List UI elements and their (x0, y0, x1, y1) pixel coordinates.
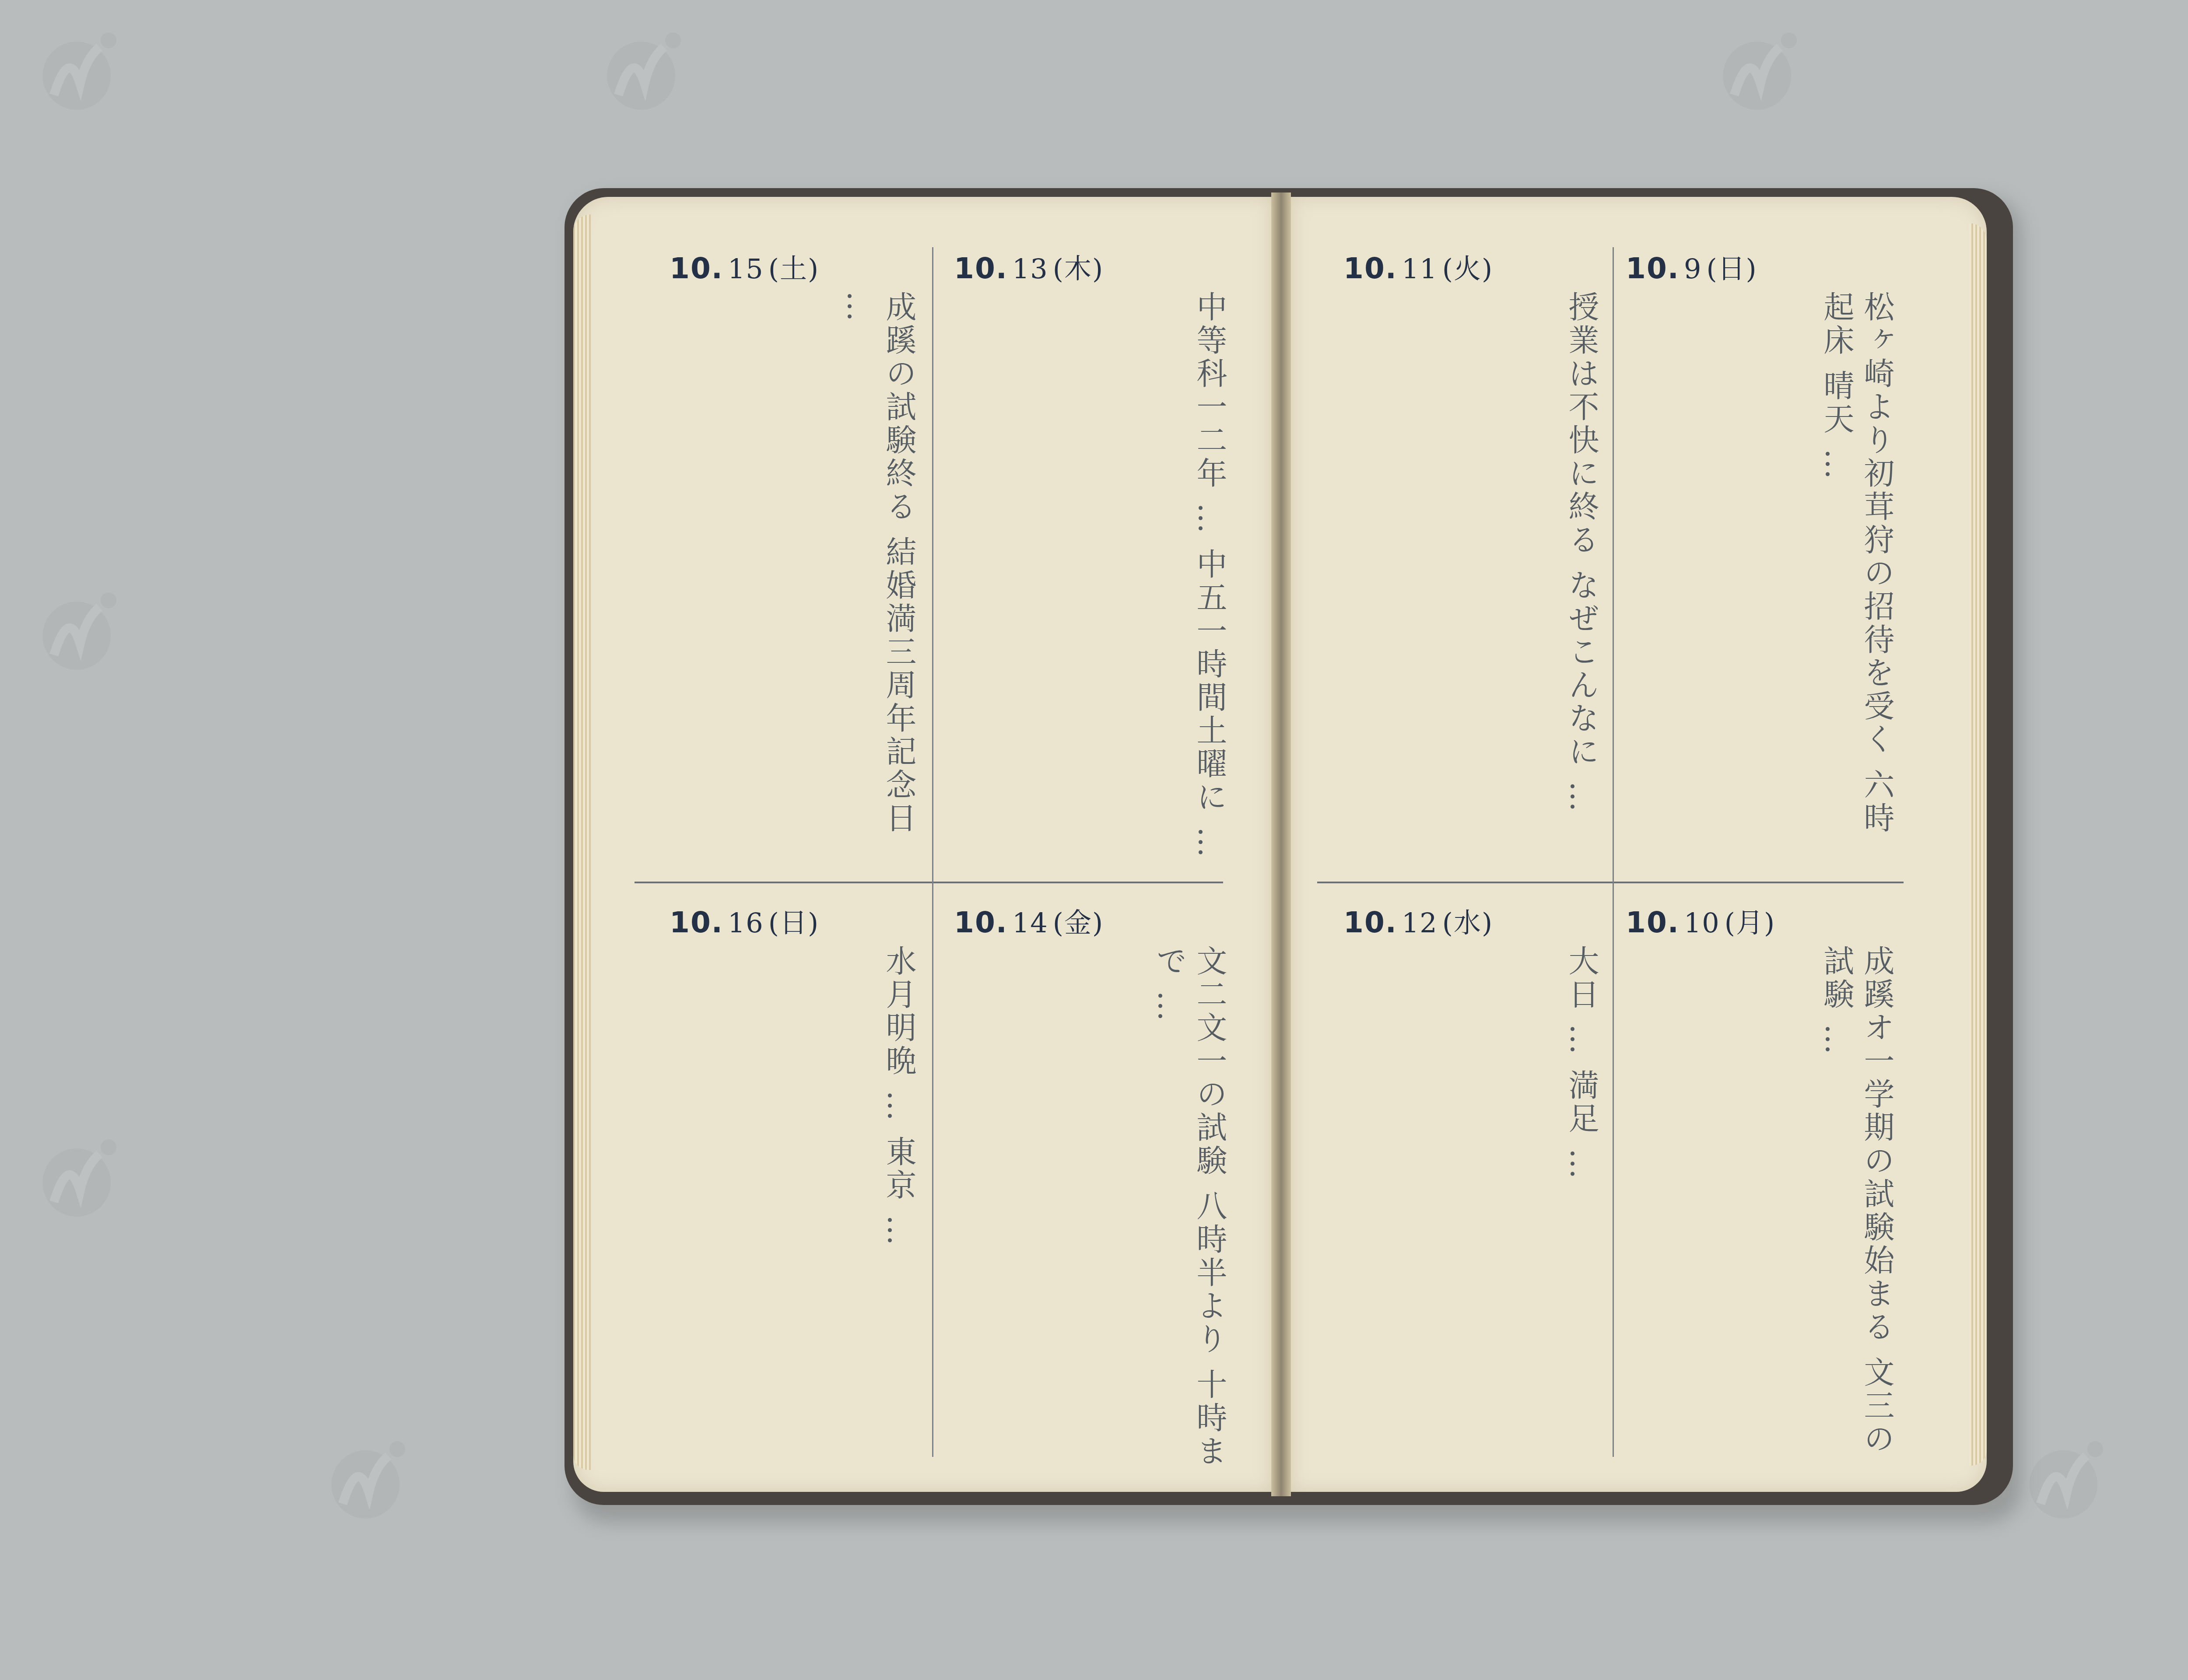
date-month: 10. (1626, 252, 1680, 285)
handwritten-entry: 成蹊の試験終る 結婚満三周年記念日 … (635, 291, 919, 864)
date-day: 11 (1402, 253, 1438, 285)
diary-entry-10-09: 10. 9 (日) 松ヶ崎より初茸狩の招待を受く 六時起床 晴天 … (1626, 247, 1897, 873)
date-day: 10 (1684, 907, 1720, 939)
date-weekday: (土) (768, 247, 819, 286)
date-month: 10. (1343, 252, 1397, 285)
date-header: 10. 14 (金) (954, 901, 1104, 940)
date-weekday: (火) (1442, 247, 1493, 286)
handwritten-entry: 成蹊オ一学期の試験始まる 文三の試験 … (1626, 945, 1897, 1474)
row-divider (635, 882, 1223, 883)
watermark-logo (306, 1422, 420, 1536)
date-month: 10. (1343, 906, 1397, 939)
date-weekday: (木) (1053, 247, 1104, 286)
date-day: 14 (1012, 907, 1048, 939)
page-edges (573, 214, 591, 1470)
date-day: 15 (728, 253, 764, 285)
date-weekday: (月) (1725, 901, 1775, 940)
date-header: 10. 9 (日) (1626, 247, 1757, 286)
date-weekday: (日) (1706, 247, 1757, 286)
diary-entry-10-10: 10. 10 (月) 成蹊オ一学期の試験始まる 文三の試験 … (1626, 901, 1897, 1483)
row-divider (1317, 882, 1904, 883)
handwritten-entry: 文二文一の試験 八時半より 十時まで … (945, 945, 1230, 1474)
date-header: 10. 12 (水) (1343, 901, 1493, 940)
date-month: 10. (670, 252, 723, 285)
date-day: 13 (1012, 253, 1048, 285)
date-header: 10. 16 (日) (670, 901, 819, 940)
date-day: 16 (728, 907, 764, 939)
handwritten-entry: 中等科一二年 … 中五一時間土曜に … (945, 291, 1230, 864)
date-day: 9 (1684, 253, 1702, 285)
diary-entry-10-13: 10. 13 (木) 中等科一二年 … 中五一時間土曜に … (945, 247, 1230, 873)
date-weekday: (金) (1053, 901, 1104, 940)
handwritten-entry: 水月明晩 … 東京 … (635, 945, 919, 1474)
date-header: 10. 11 (火) (1343, 247, 1493, 286)
left-page: 10. 15 (土) 成蹊の試験終る 結婚満三周年記念日 … 10. 13 (木… (573, 197, 1271, 1492)
column-divider (932, 247, 933, 1457)
handwritten-entry: 大日 … 満足 … (1387, 945, 1602, 1474)
diary-entry-10-12: 10. 12 (水) 大日 … 満足 … (1317, 901, 1602, 1483)
watermark-logo (18, 13, 131, 127)
date-weekday: (水) (1442, 901, 1493, 940)
date-month: 10. (954, 906, 1008, 939)
right-page: 10. 11 (火) 授業は不快に終る なぜこんなに … 10. 9 (日) 松… (1291, 197, 1987, 1492)
date-month: 10. (1626, 906, 1680, 939)
diary-entry-10-15: 10. 15 (土) 成蹊の試験終る 結婚満三周年記念日 … (635, 247, 919, 873)
date-header: 10. 10 (月) (1626, 901, 1775, 940)
diary-entry-10-14: 10. 14 (金) 文二文一の試験 八時半より 十時まで … (945, 901, 1230, 1483)
watermark-logo (18, 1120, 131, 1234)
date-month: 10. (954, 252, 1008, 285)
date-header: 10. 15 (土) (670, 247, 819, 286)
handwritten-entry: 松ヶ崎より初茸狩の招待を受く 六時起床 晴天 … (1626, 291, 1897, 864)
column-divider (1613, 247, 1614, 1457)
watermark-logo (18, 573, 131, 687)
diary-entry-10-11: 10. 11 (火) 授業は不快に終る なぜこんなに … (1317, 247, 1602, 873)
watermark-logo (1698, 13, 1812, 127)
notebook: 10. 15 (土) 成蹊の試験終る 結婚満三周年記念日 … 10. 13 (木… (565, 188, 2013, 1505)
date-weekday: (日) (768, 901, 819, 940)
watermark-logo (582, 13, 696, 127)
handwritten-entry: 授業は不快に終る なぜこんなに … (1440, 291, 1602, 864)
diary-entry-10-16: 10. 16 (日) 水月明晩 … 東京 … (635, 901, 919, 1483)
date-header: 10. 13 (木) (954, 247, 1104, 286)
notebook-gutter (1271, 192, 1291, 1496)
page-edges (1969, 223, 1987, 1466)
date-day: 12 (1402, 907, 1438, 939)
date-month: 10. (670, 906, 723, 939)
